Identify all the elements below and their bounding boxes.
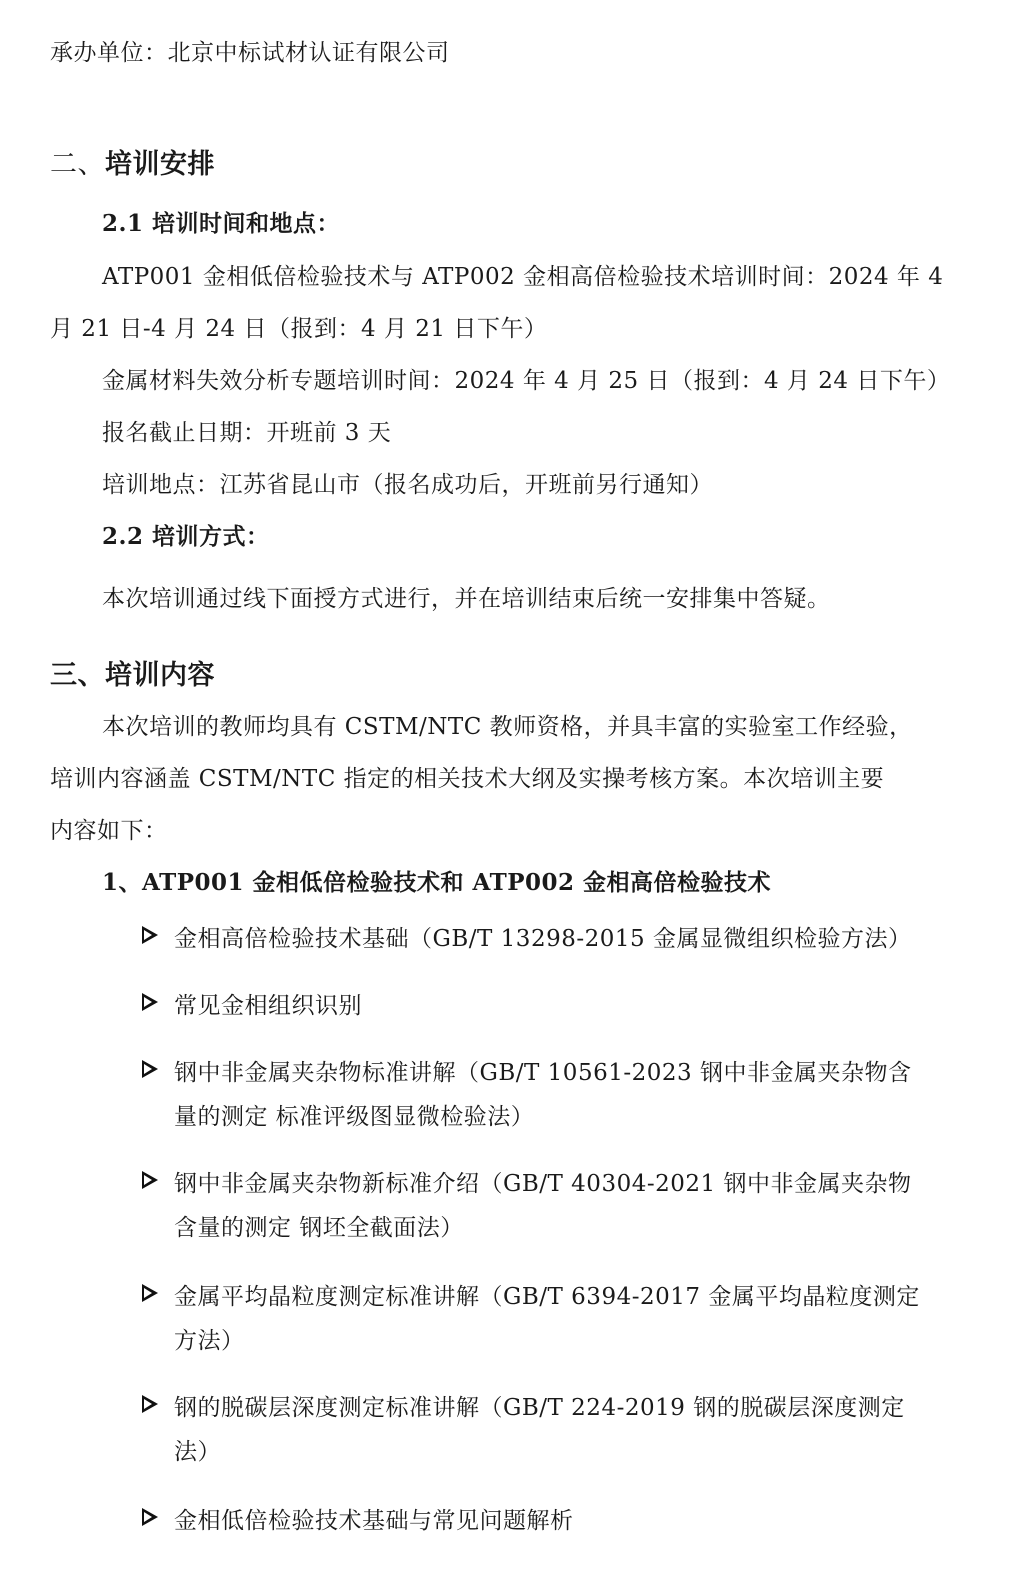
list-item-text: 金相低倍检验技术基础与常见问题解析 — [174, 1502, 574, 1535]
section-3-heading: 三、培训内容 — [50, 653, 215, 692]
section-3-title: 培训内容 — [105, 660, 215, 691]
list-item-text: 法） — [174, 1433, 221, 1466]
intro-line: 内容如下： — [50, 812, 168, 845]
list-item-text: 钢的脱碳层深度测定标准讲解（GB/T 224-2019 钢的脱碳层深度测定 — [174, 1389, 905, 1422]
list-item-text: 金属平均晶粒度测定标准讲解（GB/T 6394-2017 金属平均晶粒度测定 — [174, 1278, 920, 1311]
schedule-line: 月 21 日-4 月 24 日（报到：4 月 21 日下午） — [50, 310, 547, 343]
section-3-number: 三、 — [50, 660, 105, 691]
arrow-bullet-icon — [142, 1284, 158, 1302]
list-item-text: 钢中非金属夹杂物新标准介绍（GB/T 40304-2021 钢中非金属夹杂物 — [174, 1165, 911, 1198]
schedule-line: ATP001 金相低倍检验技术与 ATP002 金相高倍检验技术培训时间：202… — [102, 258, 943, 291]
section-2-title: 培训安排 — [105, 149, 215, 180]
location-line: 培训地点：江苏省昆山市（报名成功后，开班前另行通知） — [102, 466, 713, 499]
intro-line: 本次培训的教师均具有 CSTM/NTC 教师资格，并具丰富的实验室工作经验， — [102, 708, 913, 741]
list-item-text: 量的测定 标准评级图显微检验法） — [174, 1098, 534, 1131]
schedule-line: 金属材料失效分析专题培训时间：2024 年 4 月 25 日（报到：4 月 24… — [102, 362, 950, 395]
list-item-text: 含量的测定 钢坯全截面法） — [174, 1209, 464, 1242]
arrow-bullet-icon — [142, 1508, 158, 1526]
arrow-bullet-icon — [142, 1395, 158, 1413]
subsection-2-1-title: 2.1 培训时间和地点： — [102, 205, 340, 238]
training-method-text: 本次培训通过线下面授方式进行，并在培训结束后统一安排集中答疑。 — [102, 580, 831, 613]
arrow-bullet-icon — [142, 993, 158, 1011]
arrow-bullet-icon — [142, 1171, 158, 1189]
list-item-text: 钢中非金属夹杂物标准讲解（GB/T 10561-2023 钢中非金属夹杂物含 — [174, 1054, 911, 1087]
intro-line: 培训内容涵盖 CSTM/NTC 指定的相关技术大纲及实操考核方案。本次培训主要 — [50, 760, 884, 793]
course-1-title: 1、ATP001 金相低倍检验技术和 ATP002 金相高倍检验技术 — [102, 864, 771, 897]
list-item-text: 金相高倍检验技术基础（GB/T 13298-2015 金属显微组织检验方法） — [174, 920, 911, 953]
organizer-line: 承办单位：北京中标试材认证有限公司 — [50, 34, 450, 67]
list-item-text: 常见金相组织识别 — [174, 987, 362, 1020]
subsection-2-2-title: 2.2 培训方式： — [102, 518, 270, 551]
arrow-bullet-icon — [142, 1060, 158, 1078]
section-2-number: 二、 — [50, 149, 105, 180]
arrow-bullet-icon — [142, 926, 158, 944]
deadline-line: 报名截止日期：开班前 3 天 — [102, 414, 391, 447]
list-item-text: 方法） — [174, 1322, 245, 1355]
section-2-heading: 二、培训安排 — [50, 142, 215, 181]
